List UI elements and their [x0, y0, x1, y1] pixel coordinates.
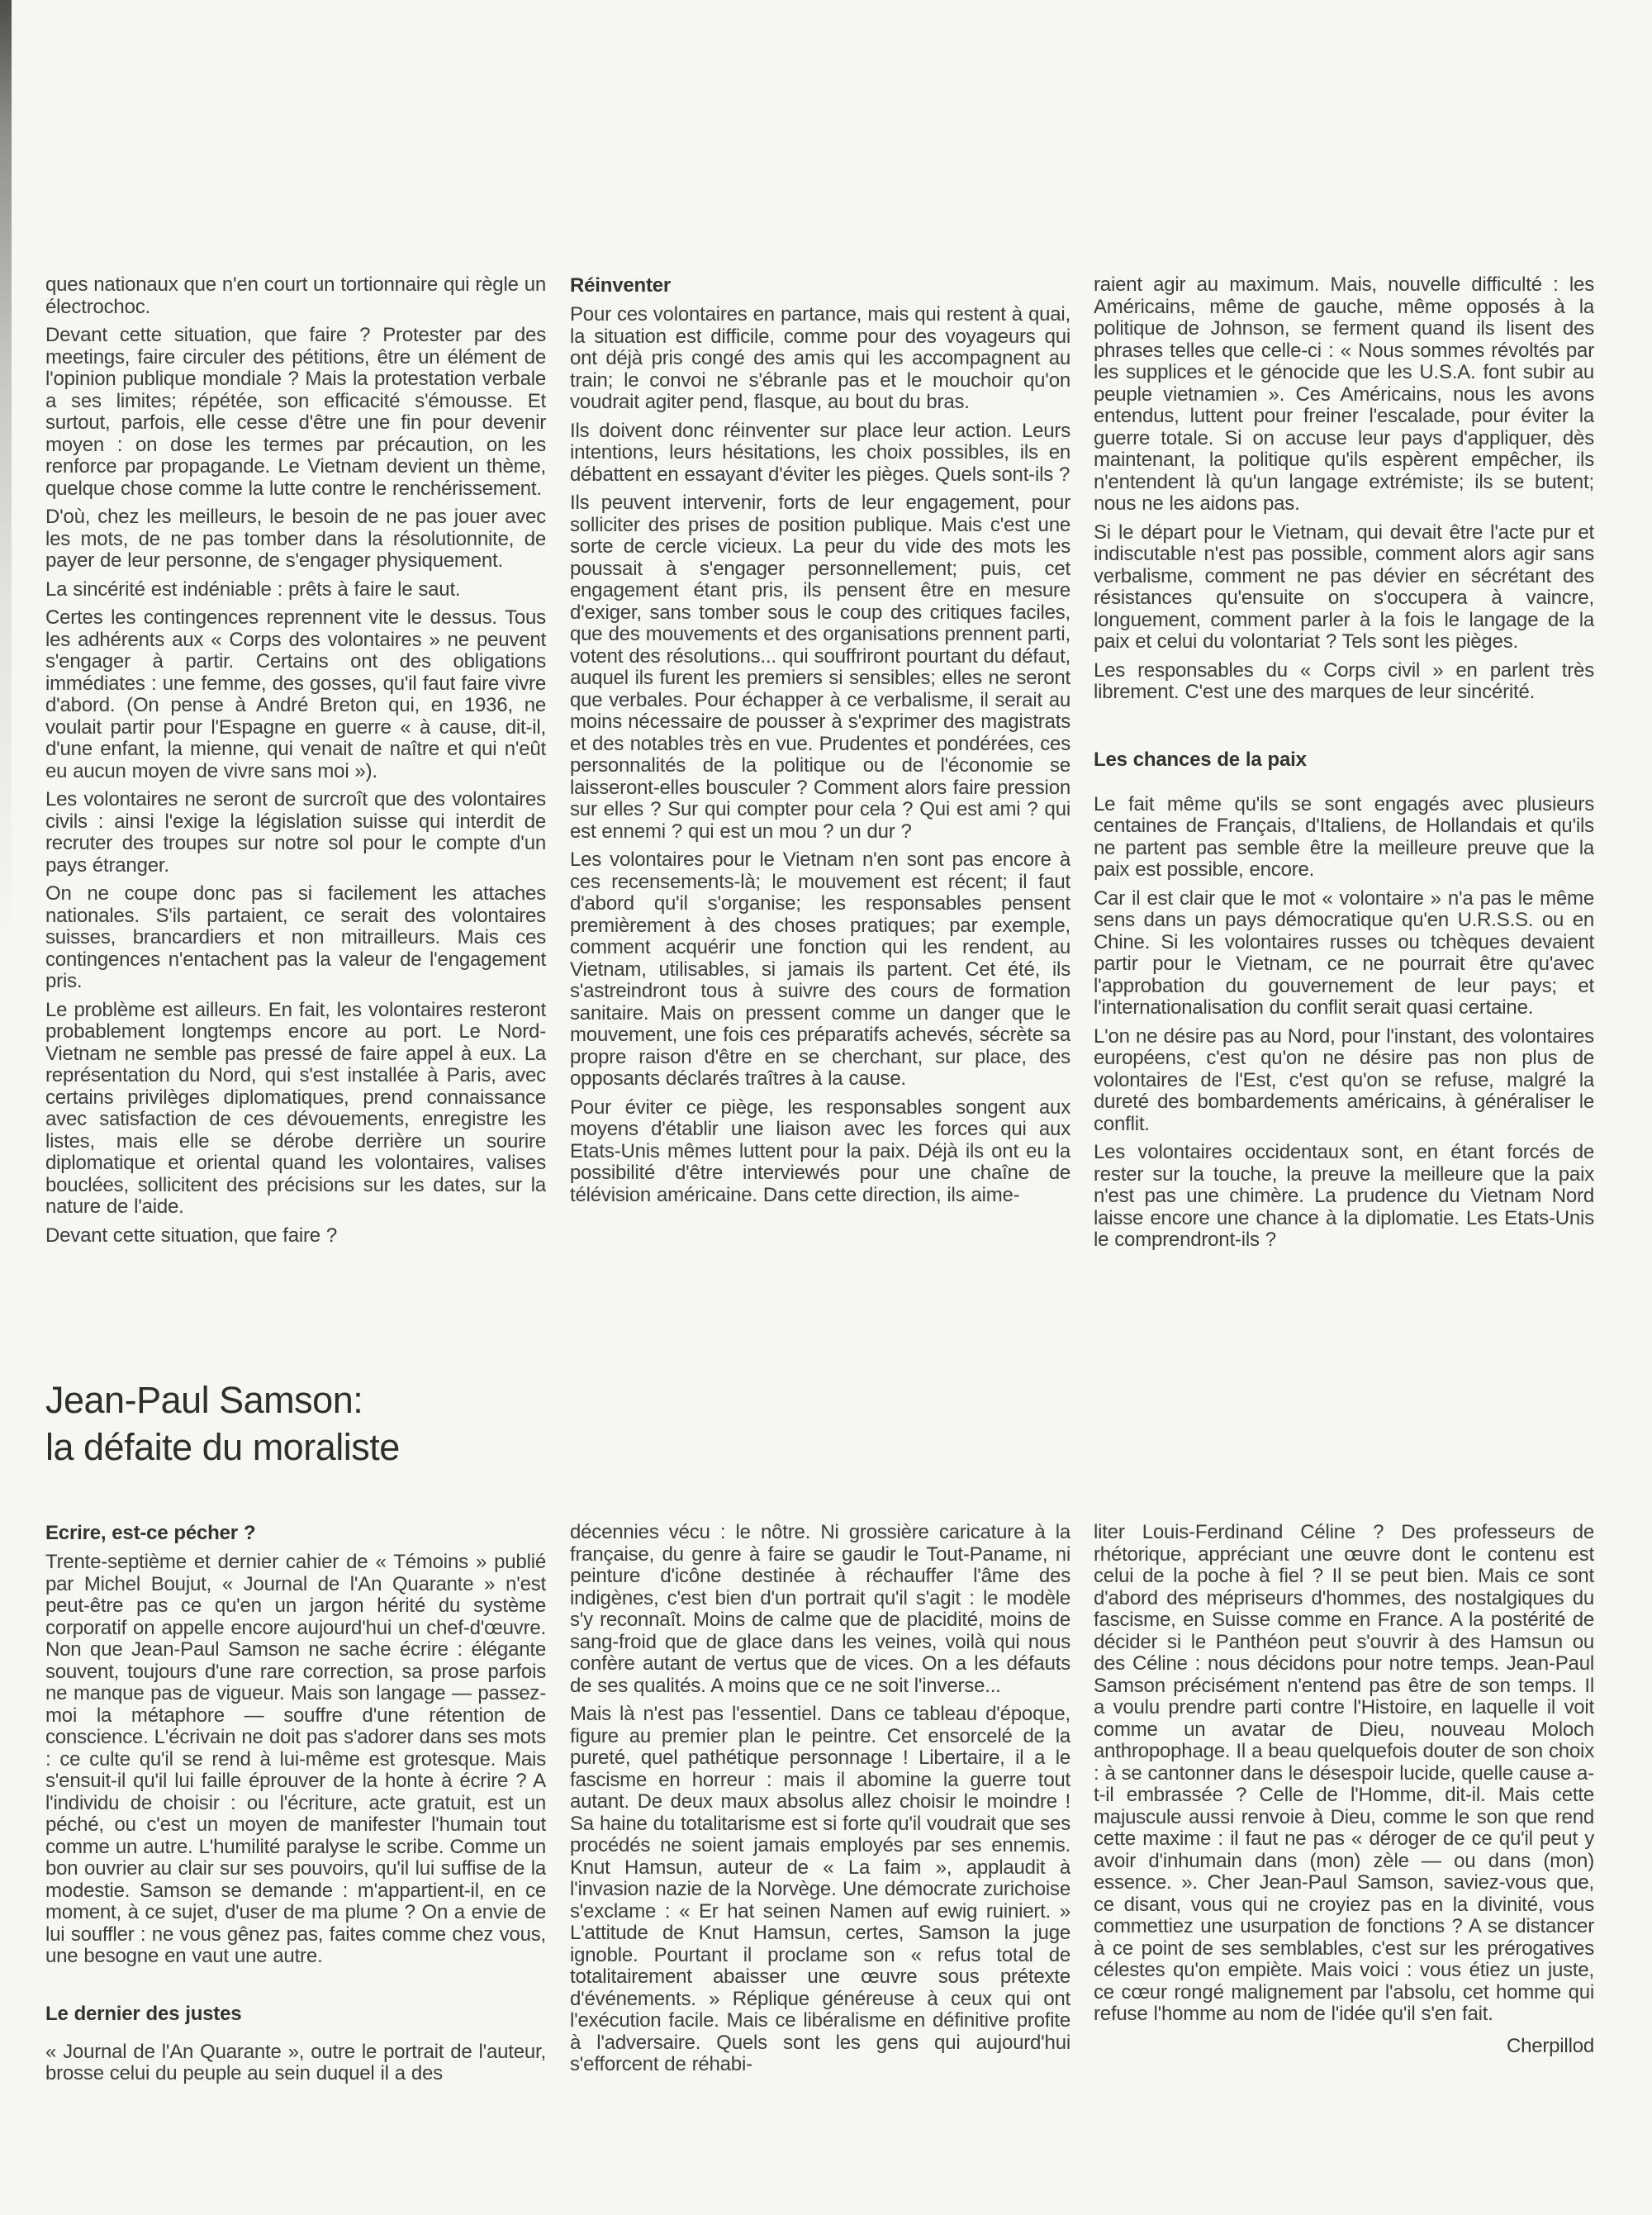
- paragraph: Le problème est ailleurs. En fait, les v…: [45, 1000, 546, 1219]
- paragraph: décennies vécu : le nôtre. Ni grossière …: [570, 1522, 1070, 1697]
- paragraph: Car il est clair que le mot « volontaire…: [1094, 888, 1594, 1020]
- paragraph: Les volontaires pour le Vietnam n'en son…: [570, 849, 1070, 1091]
- paragraph: « Journal de l'An Quarante », outre le p…: [45, 2042, 546, 2085]
- paragraph: Le fait même qu'ils se sont engagés avec…: [1094, 794, 1594, 882]
- paragraph: Trente-septième et dernier cahier de « T…: [45, 1552, 546, 1968]
- top-article-column-2-text: Pour ces volontaires en partance, mais q…: [570, 304, 1070, 1206]
- bottom-article-column-2: décennies vécu : le nôtre. Ni grossière …: [570, 1522, 1070, 2191]
- section-heading-le-dernier-des-justes: Le dernier des justes: [45, 2003, 546, 2025]
- paragraph: On ne coupe donc pas si facilement les a…: [45, 883, 546, 993]
- paragraph: Les volontaires occidentaux sont, en éta…: [1094, 1142, 1594, 1252]
- bottom-article-column-1-text-b: « Journal de l'An Quarante », outre le p…: [45, 2042, 546, 2085]
- section-heading-reinventer: Réinventer: [570, 274, 1070, 297]
- paragraph: Pour éviter ce piège, les responsables s…: [570, 1097, 1070, 1207]
- author-byline: Cherpillod: [1094, 2036, 1594, 2058]
- top-article-column-3-text-b: Le fait même qu'ils se sont engagés avec…: [1094, 794, 1594, 1252]
- magazine-page: ques nationaux que n'en court un tortion…: [0, 0, 1652, 2215]
- bottom-article-column-3-text: liter Louis-Ferdinand Céline ? Des profe…: [1094, 1522, 1594, 2026]
- top-article-column-3-text-a: raient agir au maximum. Mais, nouvelle d…: [1094, 274, 1594, 704]
- paragraph: Ils doivent donc réinventer sur place le…: [570, 421, 1070, 487]
- paragraph: La sincérité est indéniable : prêts à fa…: [45, 579, 546, 601]
- headline-line-1: Jean-Paul Samson:: [45, 1376, 400, 1424]
- bottom-article-column-3: liter Louis-Ferdinand Céline ? Des profe…: [1094, 1522, 1594, 2191]
- top-article-column-2: Réinventer Pour ces volontaires en parta…: [570, 274, 1070, 1375]
- paragraph: Pour ces volontaires en partance, mais q…: [570, 304, 1070, 414]
- headline-line-2: la défaite du moraliste: [45, 1424, 400, 1471]
- scan-edge-artifact: [0, 0, 12, 950]
- paragraph: ques nationaux que n'en court un tortion…: [45, 274, 546, 318]
- paragraph: Les responsables du « Corps civil » en p…: [1094, 660, 1594, 704]
- section-heading-chances-de-la-paix: Les chances de la paix: [1094, 749, 1594, 771]
- bottom-article-column-1-text-a: Trente-septième et dernier cahier de « T…: [45, 1552, 546, 1968]
- paragraph: D'où, chez les meilleurs, le besoin de n…: [45, 506, 546, 573]
- article-headline: Jean-Paul Samson: la défaite du moralist…: [45, 1376, 400, 1471]
- paragraph: Certes les contingences reprennent vite …: [45, 607, 546, 782]
- paragraph: Ils peuvent intervenir, forts de leur en…: [570, 492, 1070, 843]
- section-heading-ecrire-est-ce-pecher: Ecrire, est-ce pécher ?: [45, 1522, 546, 1544]
- top-article-column-1: ques nationaux que n'en court un tortion…: [45, 274, 546, 1375]
- top-article-column-3: raient agir au maximum. Mais, nouvelle d…: [1094, 274, 1594, 1375]
- paragraph: Si le départ pour le Vietnam, qui devait…: [1094, 522, 1594, 654]
- paragraph: Devant cette situation, que faire ?: [45, 1225, 546, 1248]
- paragraph: L'on ne désire pas au Nord, pour l'insta…: [1094, 1026, 1594, 1136]
- paragraph: Les volontaires ne seront de surcroît qu…: [45, 789, 546, 877]
- paragraph: Devant cette situation, que faire ? Prot…: [45, 325, 546, 500]
- bottom-article-column-1: Ecrire, est-ce pécher ? Trente-septième …: [45, 1522, 546, 2191]
- paragraph: liter Louis-Ferdinand Céline ? Des profe…: [1094, 1522, 1594, 2026]
- paragraph: Mais là n'est pas l'essentiel. Dans ce t…: [570, 1704, 1070, 2076]
- paragraph: raient agir au maximum. Mais, nouvelle d…: [1094, 274, 1594, 516]
